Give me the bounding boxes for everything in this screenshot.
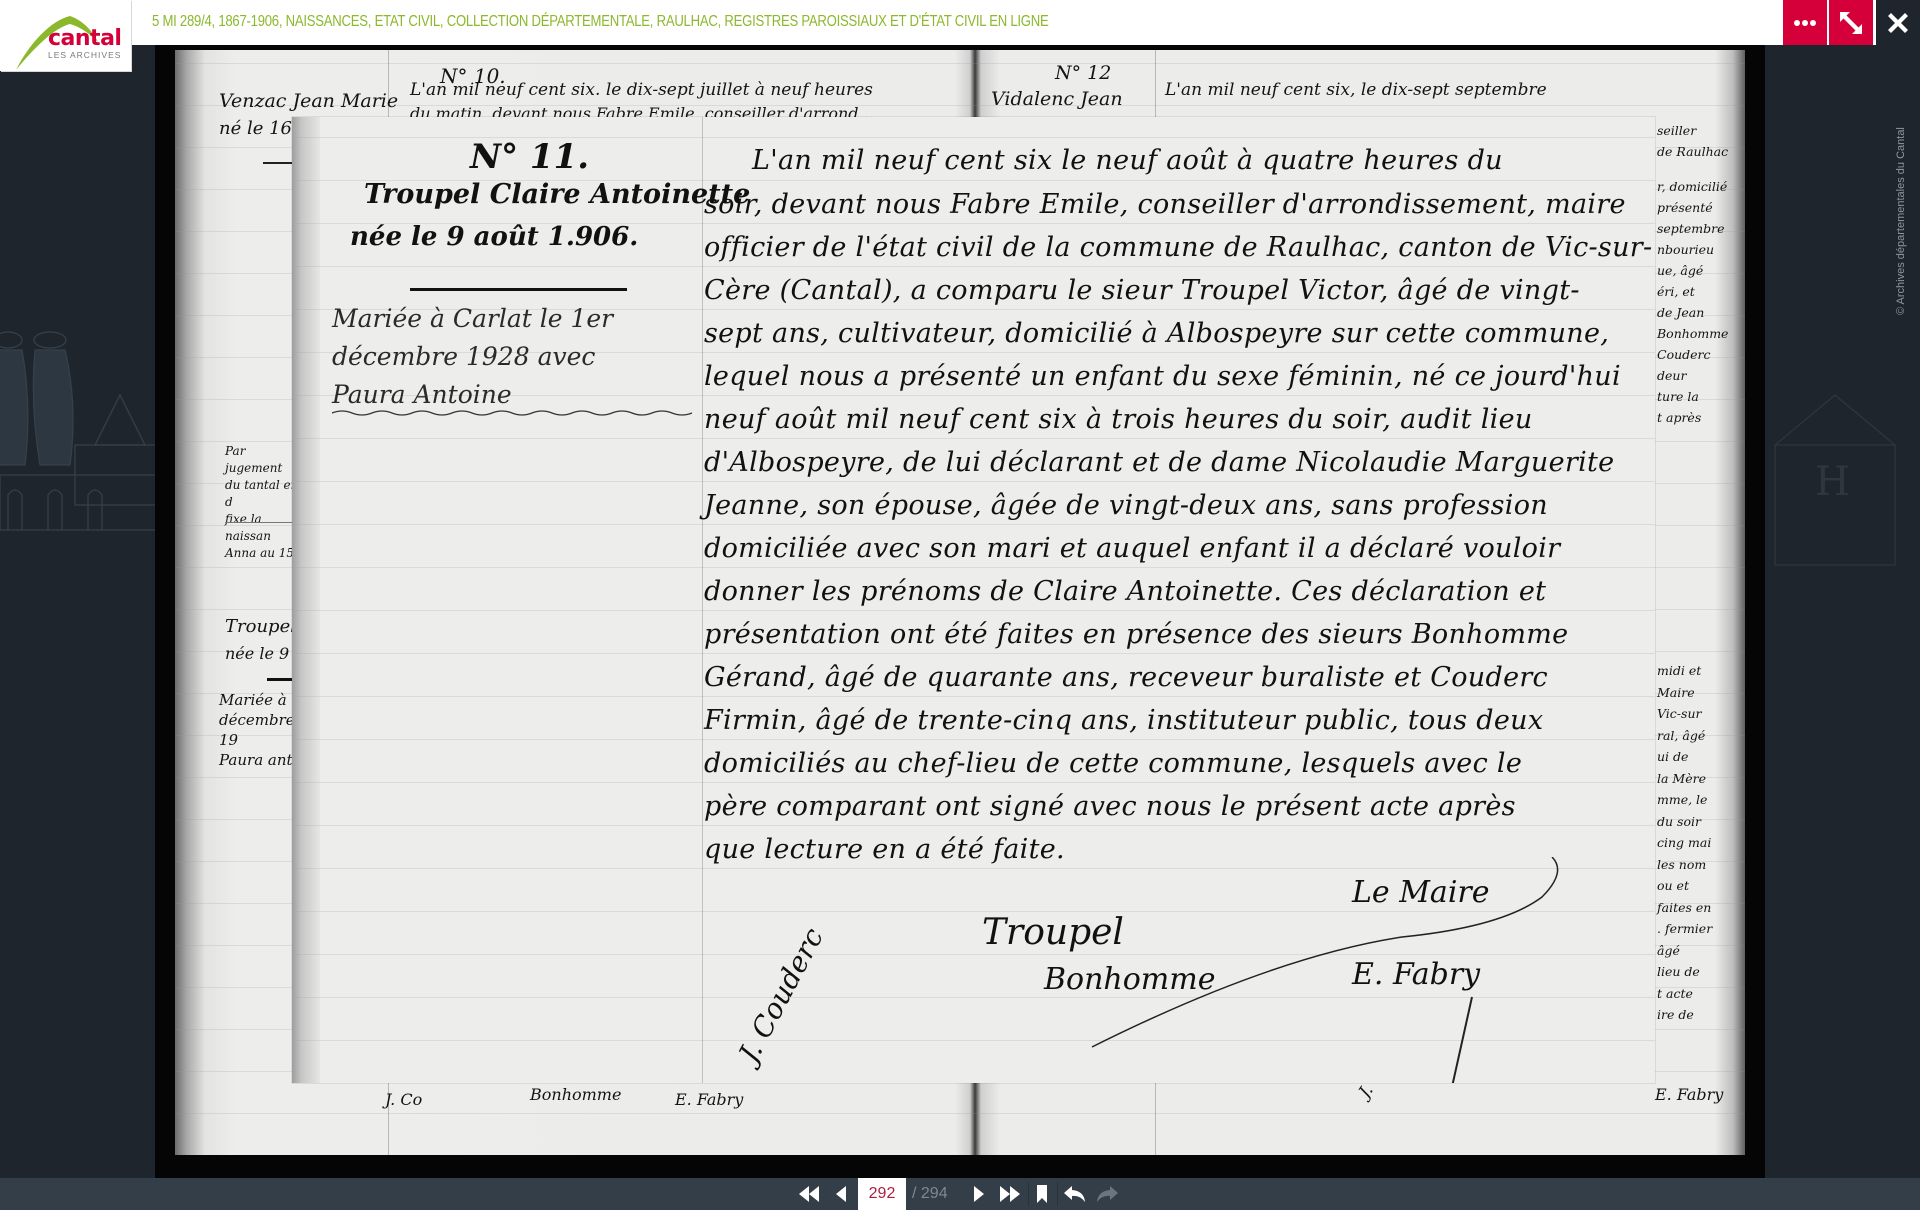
act-text-line: Cère (Cantal), a comparu le sieur Troupe…	[704, 275, 1580, 306]
left-entry-born: né le 16	[219, 118, 292, 139]
act-text-line: L'an mil neuf cent six le neuf août à qu…	[752, 145, 1503, 176]
background-building-artwork: H	[1765, 385, 1905, 585]
logo-brand-text: cantal	[48, 26, 121, 51]
signature-flourish	[1072, 857, 1592, 1083]
document-title: 5 MI 289/4, 1867-1906, NAISSANCES, ETAT …	[152, 13, 1049, 31]
entry-number: N° 11.	[470, 137, 589, 177]
act-text-line: officier de l'état civil de la commune d…	[704, 232, 1652, 263]
next-page-button[interactable]	[968, 1178, 990, 1210]
logo-subtitle: LES ARCHIVES	[48, 50, 121, 60]
act-text-line: père comparant ont signé avec nous le pr…	[704, 791, 1516, 822]
last-page-button[interactable]	[996, 1178, 1024, 1210]
left-text-line-1: L'an mil neuf cent six. le dix-sept juil…	[410, 80, 873, 100]
fullscreen-button[interactable]	[1829, 0, 1873, 45]
more-options-button[interactable]	[1783, 0, 1827, 45]
act-text-line: neuf août mil neuf cent six à trois heur…	[704, 404, 1533, 435]
redo-button[interactable]	[1094, 1178, 1120, 1210]
magnifier-zoom-overlay[interactable]: N° 11. Troupel Claire Antoinette née le …	[292, 117, 1655, 1083]
left-second-entry-name: Troupel	[225, 616, 296, 637]
current-page-input[interactable]	[858, 1178, 906, 1210]
expand-arrows-icon	[1838, 10, 1864, 36]
wavy-divider	[332, 409, 702, 417]
act-text-line: présentation ont été faites en présence …	[704, 619, 1568, 650]
act-text-line: lequel nous a présenté un enfant du sexe…	[704, 361, 1621, 392]
right-text-line-1: L'an mil neuf cent six, le dix-sept sept…	[1165, 80, 1547, 100]
left-bottom-signature-2: Bonhomme	[530, 1085, 621, 1104]
act-text-line: domiciliés au chef-lieu de cette commune…	[704, 748, 1522, 779]
act-text-line: sept ans, cultivateur, domicilié à Albos…	[704, 318, 1609, 349]
left-bottom-signature-1: J. Co	[385, 1090, 422, 1109]
close-x-icon	[1887, 12, 1909, 34]
marriage-note: Mariée à Carlat le 1er décembre 1928 ave…	[332, 300, 613, 414]
total-pages-label: / 294	[912, 1185, 948, 1203]
image-viewer-stage[interactable]: H © Archives départementales du Cantal N…	[0, 45, 1920, 1178]
first-page-button[interactable]	[795, 1178, 823, 1210]
act-text-line: domiciliée avec son mari et auquel enfan…	[704, 533, 1560, 564]
act-text-line: Firmin, âgé de trente-cinq ans, institut…	[704, 705, 1543, 736]
right-bottom-signature-2: E. Fabry	[1655, 1085, 1723, 1104]
next-page-icon	[973, 1185, 985, 1203]
prev-page-icon	[835, 1185, 847, 1203]
top-header: cantal LES ARCHIVES 5 MI 289/4, 1867-190…	[0, 0, 1920, 45]
previous-page-button[interactable]	[830, 1178, 852, 1210]
left-entry-name: Venzac Jean Marie	[219, 90, 398, 112]
background-monument-artwork	[0, 295, 160, 595]
act-text-line: d'Albospeyre, de lui déclarant et de dam…	[704, 447, 1614, 478]
bookmark-icon	[1036, 1184, 1048, 1204]
left-bottom-signature-3: E. Fabry	[675, 1090, 743, 1109]
undo-button[interactable]	[1062, 1178, 1088, 1210]
act-text-line: Jeanne, son épouse, âgée de vingt-deux a…	[704, 490, 1548, 521]
right-entry-name: Vidalenc Jean	[991, 88, 1123, 110]
svg-text:H: H	[1815, 459, 1850, 505]
right-column-fragments-top: seiller de Raulhac r, domicilié présenté…	[1657, 120, 1737, 428]
page-navigation-toolbar: / 294	[0, 1178, 1920, 1210]
close-viewer-button[interactable]	[1876, 0, 1920, 45]
bookmark-button[interactable]	[1032, 1178, 1052, 1210]
last-page-icon	[999, 1185, 1021, 1203]
undo-arrow-icon	[1063, 1185, 1087, 1203]
right-column-fragments-bottom: midi et Maire Vic-sur ral, âgé ui de la …	[1657, 660, 1737, 1026]
act-text-line: que lecture en a été faite.	[704, 834, 1065, 865]
entry-birth-date: née le 9 août 1.906.	[350, 222, 638, 252]
cantal-archives-logo[interactable]: cantal LES ARCHIVES	[0, 0, 131, 71]
redo-arrow-icon	[1095, 1185, 1119, 1203]
entry-underline	[410, 288, 627, 291]
more-dots-icon	[1794, 19, 1816, 27]
act-text-line: donner les prénoms de Claire Antoinette.…	[704, 576, 1546, 607]
right-entry-number: N° 12	[1055, 62, 1111, 84]
act-text-line: Gérand, âgé de quarante ans, receveur bu…	[704, 662, 1548, 693]
act-text-line: soir, devant nous Fabre Emile, conseille…	[704, 189, 1626, 220]
entry-name: Troupel Claire Antoinette	[364, 179, 750, 210]
first-page-icon	[798, 1185, 820, 1203]
copyright-credit: © Archives départementales du Cantal	[1895, 127, 1907, 315]
